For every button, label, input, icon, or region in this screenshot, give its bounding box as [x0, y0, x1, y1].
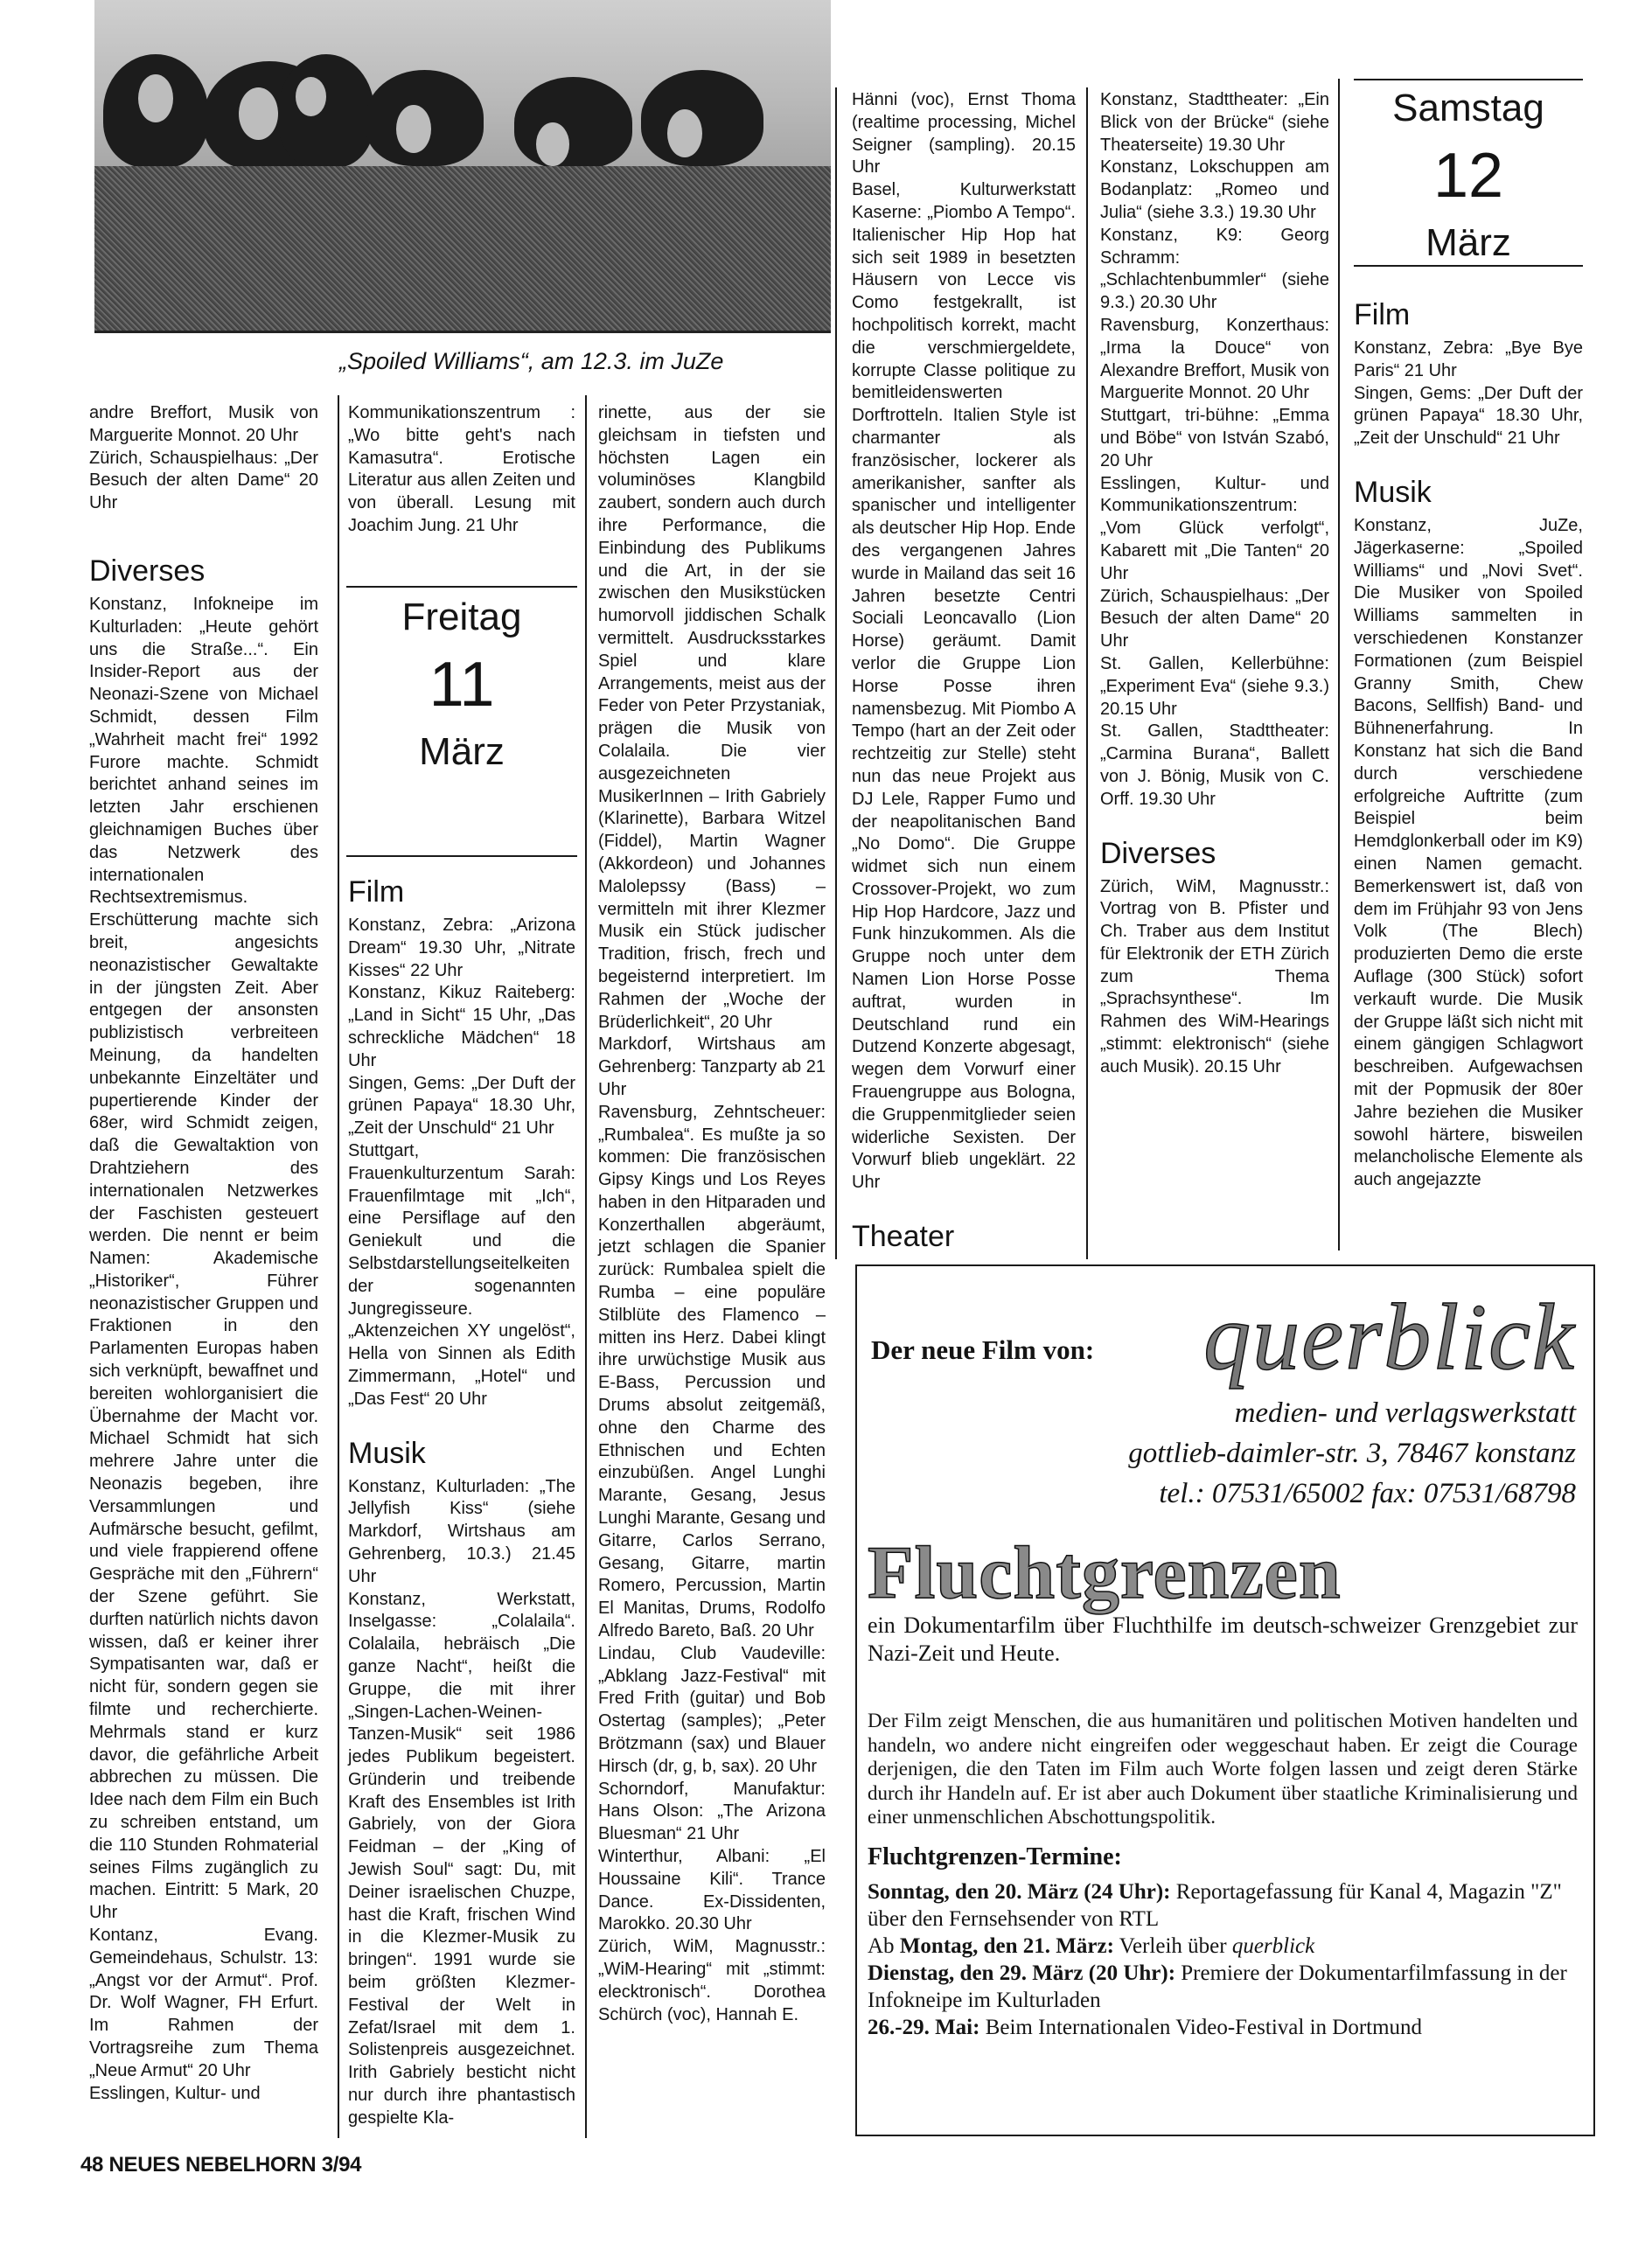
listing-entry: Stuttgart, Frauenkulturzentum Sarah: Fra…	[348, 1140, 575, 1411]
column-divider	[835, 87, 837, 1259]
photo-person	[514, 77, 632, 169]
column-5: Konstanz, Stadttheater: „Ein Blick von d…	[1100, 89, 1329, 1079]
page-footer: 48 NEUES NEBELHORN 3/94	[80, 2153, 361, 2177]
day-rule-top	[346, 586, 577, 588]
day-number: 12	[1354, 136, 1583, 215]
section-heading-musik: Musik	[1354, 475, 1583, 510]
listing-entry: Kontanz, Evang. Gemeindehaus, Schulstr. …	[89, 1925, 318, 2083]
ad-film-title: Fluchtgrenzen	[868, 1529, 1342, 1616]
section-heading-diverses: Diverses	[1100, 836, 1329, 871]
listing-entry: Esslingen, Kultur- und Kommunikationszen…	[1100, 473, 1329, 586]
photo-face	[239, 87, 278, 140]
ad-termine-list: Sonntag, den 20. März (24 Uhr): Reportag…	[868, 1878, 1578, 2041]
column-3: rinette, aus der sie gleichsam in tiefst…	[598, 402, 826, 2026]
listing-entry: Konstanz, Zebra: „Arizona Dream“ 19.30 U…	[348, 915, 575, 982]
day-name: Freitag	[346, 595, 577, 640]
listing-entry: Konstanz, JuZe, Jägerkaserne: „Spoiled W…	[1354, 515, 1583, 1192]
listing-entry: Schorndorf, Manufaktur: Hans Olson: „The…	[598, 1779, 826, 1846]
listing-entry: Esslingen, Kultur- und	[89, 2083, 318, 2106]
photo-caption: „Spoiled Williams“, am 12.3. im JuZe	[339, 348, 777, 375]
termin-item: Dienstag, den 29. März (20 Uhr): Premier…	[868, 1960, 1578, 2014]
section-heading-film: Film	[348, 874, 575, 909]
photo-face	[667, 109, 702, 157]
day-rule-top	[1354, 79, 1583, 80]
listing-entry: St. Gallen, Kellerbühne: „Experiment Eva…	[1100, 653, 1329, 721]
band-photo	[94, 0, 831, 333]
listing-entry: andre Breffort, Musik von Marguerite Mon…	[89, 402, 318, 448]
column-4: Hänni (voc), Ernst Thoma (realtime proce…	[852, 89, 1076, 1259]
photo-face	[296, 77, 326, 116]
listing-entry: Konstanz, Kulturladen: „The Jellyfish Ki…	[348, 1476, 575, 1589]
day-header-freitag: Freitag 11 März	[346, 595, 577, 775]
day-rule-bottom	[1354, 265, 1583, 267]
day-name: Samstag	[1354, 86, 1583, 131]
termin-item: Ab Montag, den 21. März: Verleih über qu…	[868, 1933, 1578, 1960]
ad-contact: tel.: 07531/65002 fax: 07531/68798	[1159, 1478, 1576, 1510]
day-month: März	[346, 729, 577, 775]
termin-prefix: Ab	[868, 1934, 900, 1958]
day-rule-bottom	[346, 855, 577, 857]
listing-entry: Konstanz, Lokschuppen am Bodanplatz: „Ro…	[1100, 157, 1329, 224]
listing-entry: Zürich, Schauspielhaus: „Der Besuch der …	[89, 448, 318, 515]
termin-text: Verleih über	[1114, 1934, 1232, 1958]
listing-entry: Konstanz, K9: Georg Schramm: „Schlachten…	[1100, 225, 1329, 315]
listing-entry: Konstanz, Zebra: „Bye Bye Paris“ 21 Uhr	[1354, 338, 1583, 383]
column-divider	[338, 395, 339, 2138]
section-heading-diverses: Diverses	[89, 554, 318, 589]
listing-entry: Singen, Gems: „Der Duft der grünen Papay…	[1354, 383, 1583, 450]
termin-item: Sonntag, den 20. März (24 Uhr): Reportag…	[868, 1878, 1578, 1933]
section-heading-theater: Theater	[852, 1219, 1076, 1254]
listing-entry: Konstanz, Stadttheater: „Ein Blick von d…	[1100, 89, 1329, 157]
listing-entry: Basel, Kulturwerkstatt Kaserne: „Piombo …	[852, 179, 1076, 1195]
listing-entry: Stuttgart, tri-bühne: „Emma und Böbe“ vo…	[1100, 405, 1329, 472]
listing-entry: Zürich, WiM, Magnusstr.: „WiM-Hearing“ m…	[598, 1936, 826, 2026]
photo-face	[396, 105, 431, 153]
listing-entry: Konstanz, Werkstatt, Inselgasse: „Colala…	[348, 1589, 575, 2130]
termin-date: 26.-29. Mai:	[868, 2016, 979, 2039]
ad-body: Der Film zeigt Menschen, die aus humanit…	[868, 1709, 1578, 1829]
listing-entry: Hänni (voc), Ernst Thoma (realtime proce…	[852, 89, 1076, 179]
querblick-logo: querblick	[1203, 1284, 1576, 1392]
ad-lead: ein Dokumentarfilm über Fluchthilfe im d…	[868, 1612, 1578, 1668]
column-2-listings: Film Konstanz, Zebra: „Arizona Dream“ 19…	[348, 874, 575, 2130]
day-number: 11	[346, 645, 577, 724]
photo-face	[536, 122, 569, 166]
column-divider	[585, 395, 587, 2138]
listing-entry: Winterthur, Albani: „El Houssaine Kili“.…	[598, 1846, 826, 1936]
termin-text: Beim Internationalen Video-Festival in D…	[979, 2016, 1422, 2039]
section-heading-musik: Musik	[348, 1436, 575, 1471]
termin-date: Montag, den 21. März:	[900, 1934, 1114, 1958]
termin-item: 26.-29. Mai: Beim Internationalen Video-…	[868, 2014, 1578, 2041]
listing-entry: Konstanz, Kikuz Raiteberg: „Land in Sich…	[348, 982, 575, 1072]
termin-date: Dienstag, den 29. März (20 Uhr):	[868, 1961, 1175, 1985]
querblick-advertisement: Der neue Film von: querblick medien- und…	[855, 1264, 1595, 2136]
photo-grass	[94, 166, 831, 332]
listing-entry: Singen, Gems: „Der Duft der grünen Papay…	[348, 1073, 575, 1140]
listing-entry: rinette, aus der sie gleichsam in tiefst…	[598, 402, 826, 1034]
photo-face	[138, 74, 173, 122]
listing-entry: Konstanz, Infokneipe im Kulturladen: „He…	[89, 594, 318, 1925]
listing-entry: Ravensburg, Konzerthaus: „Irma la Douce“…	[1100, 315, 1329, 405]
listing-entry: Markdorf, Wirtshaus am Gehrenberg: Tanzp…	[598, 1034, 826, 1101]
column-divider	[1338, 79, 1340, 1250]
listing-entry: St. Gallen, Stadttheater: „Carmina Buran…	[1100, 721, 1329, 811]
photo-person	[278, 54, 374, 168]
photo-person	[641, 70, 763, 166]
listing-entry: Zürich, WiM, Magnusstr.: Vortrag von B. …	[1100, 876, 1329, 1079]
column-1: andre Breffort, Musik von Marguerite Mon…	[89, 402, 318, 2105]
ad-film-von: Der neue Film von:	[871, 1334, 1094, 1366]
listing-entry: Kommunikationszentrum :„Wo bitte geht's …	[348, 402, 575, 538]
ad-subtitle: medien- und verlagswerkstatt	[1235, 1397, 1576, 1430]
column-2: Kommunikationszentrum :„Wo bitte geht's …	[348, 402, 575, 538]
listing-entry: Ravensburg, Zehntscheuer: „Rumbalea“. Es…	[598, 1102, 826, 1643]
section-heading-film: Film	[1354, 297, 1583, 332]
termin-italic: querblick	[1232, 1934, 1314, 1958]
ad-termine-heading: Fluchtgrenzen-Termine:	[868, 1843, 1122, 1871]
listing-entry: Zürich, Schauspielhaus: „Der Besuch der …	[1100, 586, 1329, 653]
column-6: Film Konstanz, Zebra: „Bye Bye Paris“ 21…	[1354, 297, 1583, 1192]
column-divider	[1086, 87, 1088, 1259]
termin-date: Sonntag, den 20. März (24 Uhr):	[868, 1880, 1171, 1904]
day-month: März	[1354, 220, 1583, 266]
day-header-samstag: Samstag 12 März	[1354, 86, 1583, 266]
ad-address: gottlieb-daimler-str. 3, 78467 konstanz	[1128, 1438, 1576, 1470]
listing-entry: Lindau, Club Vaudeville: „Abklang Jazz-F…	[598, 1643, 826, 1779]
